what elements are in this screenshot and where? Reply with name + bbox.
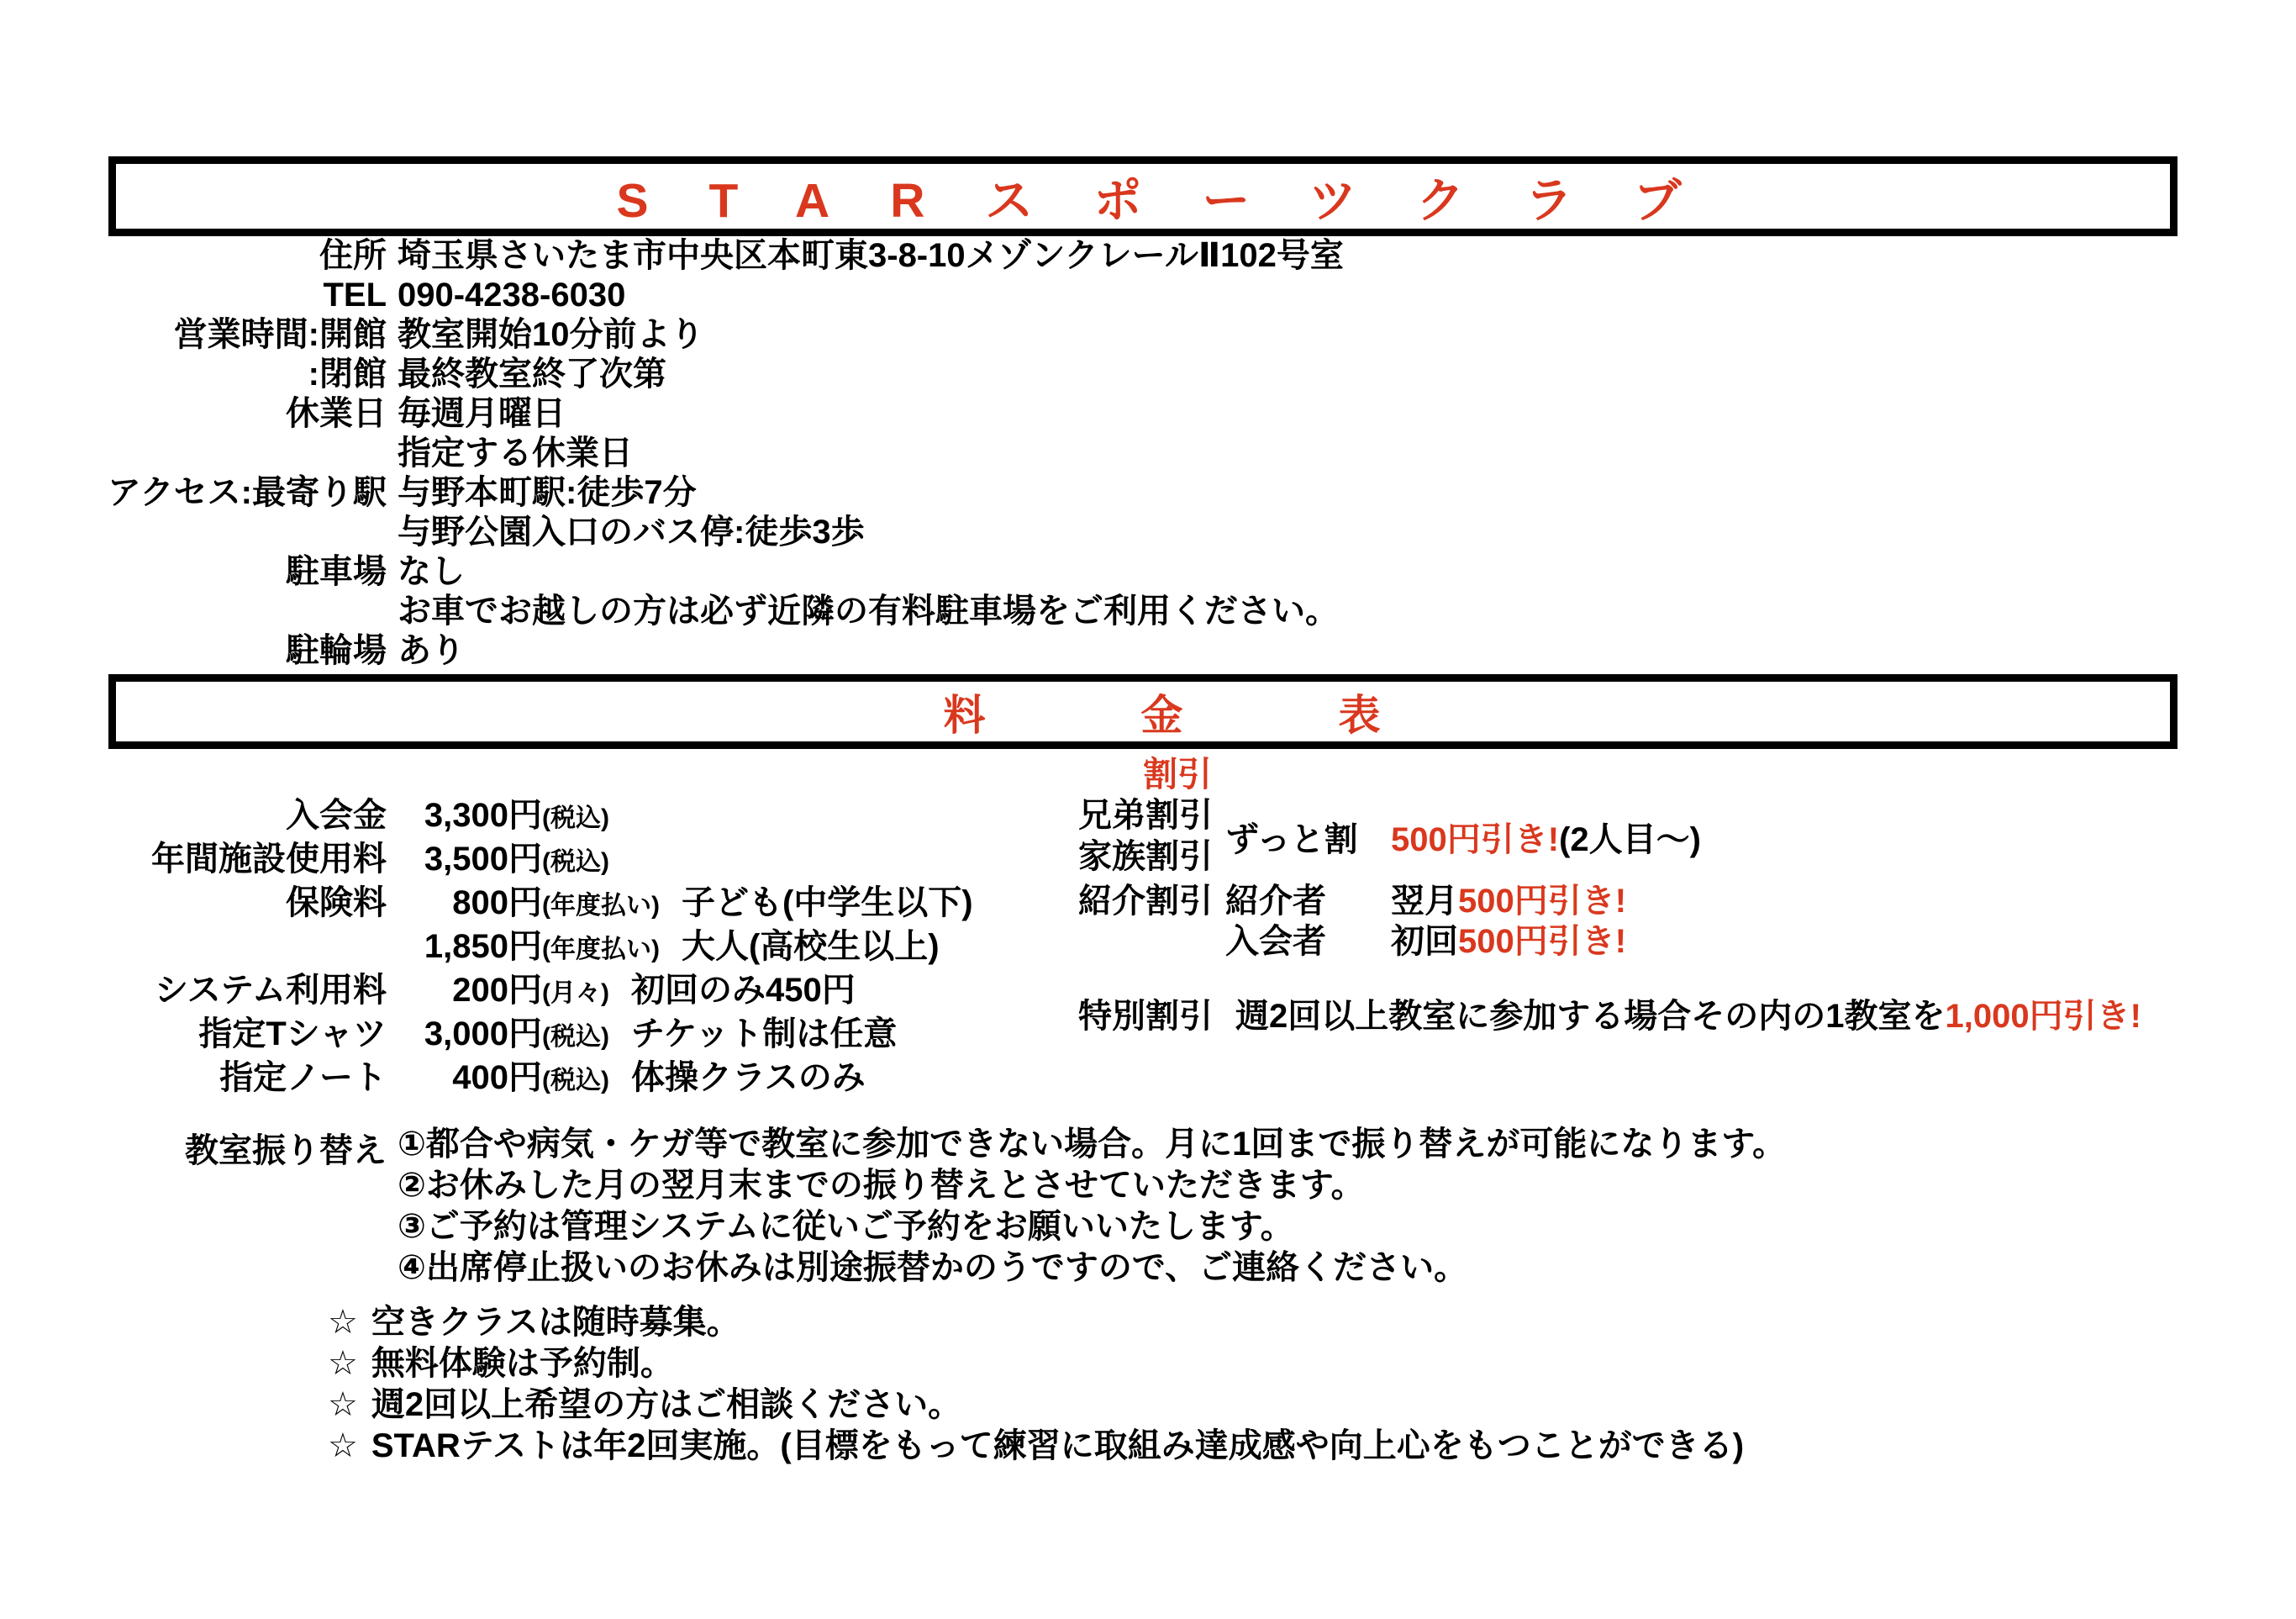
- family-discount-label: 家族割引: [1078, 836, 1225, 878]
- sibling-family-labels: 兄弟割引 家族割引: [1078, 795, 1225, 878]
- fee-extra: 体操クラスのみ: [631, 1057, 866, 1099]
- special-discount-label: 特別割引: [1078, 996, 1225, 1037]
- info-value: 指定する休業日: [398, 434, 633, 473]
- info-value: 与野本町駅:徒歩7分: [398, 473, 697, 513]
- reschedule-lines: ①都合や病気・ケガ等で教室に参加できない場合。月に1回まで振り替えが可能になりま…: [398, 1124, 1786, 1289]
- sibling-discount-label: 兄弟割引: [1078, 795, 1225, 836]
- info-value: 教室開始10分前より: [398, 315, 704, 355]
- note-item: ☆週2回以上希望の方はご相談ください。: [328, 1384, 1744, 1426]
- info-row-parking2: お車でお越しの方は必ず近隣の有料駐車場をご利用ください。: [0, 592, 1344, 631]
- fee-price: 400円: [398, 1057, 542, 1099]
- referral-who: 紹介者: [1225, 881, 1391, 921]
- star-icon: ☆: [328, 1345, 358, 1382]
- info-value: あり: [398, 631, 465, 671]
- fee-price: 1,850円: [398, 926, 542, 968]
- reschedule-line-1: ①都合や病気・ケガ等で教室に参加できない場合。月に1回まで振り替えが可能になりま…: [398, 1124, 1786, 1165]
- info-label: :閉館: [0, 355, 387, 394]
- info-row-access2: 与野公園入口のバス停:徒歩3歩: [0, 513, 1344, 552]
- info-row-address: 住所埼玉県さいたま市中央区本町東3-8-10メゾンクレールⅡ102号室: [0, 236, 1344, 276]
- fee-label: 年間施設使用料: [0, 839, 387, 880]
- reschedule-line-2: ②お休みした月の翌月末までの振り替えとさせていただきます。: [398, 1165, 1786, 1206]
- fee-label: 入会金: [0, 795, 387, 836]
- fee-price: 800円: [398, 883, 542, 924]
- fee-label: 指定Tシャツ: [0, 1014, 387, 1055]
- fee-extra: 大人(高校生以上): [682, 926, 940, 968]
- referral-row-newmember: 入会者 初回 500円引き!: [1078, 921, 1626, 962]
- fee-row-facility: 年間施設使用料3,500円(税込): [0, 839, 973, 883]
- price-table-heading: 料金表: [750, 682, 1536, 742]
- note-item: ☆STARテストは年2回実施。(目標をもって練習に取組み達成感や向上心をもつこと…: [328, 1426, 1744, 1467]
- info-row-parking: 駐車場なし: [0, 552, 1344, 592]
- info-row-close: :閉館最終教室終了次第: [0, 355, 1344, 394]
- info-label: 駐輪場: [0, 631, 387, 671]
- note-text: 週2回以上希望の方はご相談ください。: [371, 1386, 961, 1423]
- referral-row-referrer: 紹介割引 紹介者 翌月 500円引き!: [1078, 881, 1626, 921]
- fee-extra: 初回のみ450円: [631, 970, 856, 1011]
- special-discount-text: 週2回以上教室に参加する場合その内の1教室を: [1235, 996, 1946, 1037]
- star-icon: ☆: [328, 1386, 358, 1423]
- reschedule-line-4: ④出席停止扱いのお休みは別途振替かのうですので、ご連絡ください。: [398, 1247, 1786, 1289]
- note-item: ☆無料体験は予約制。: [328, 1343, 1744, 1384]
- referral-who: 入会者: [1225, 921, 1391, 962]
- note-text: 無料体験は予約制。: [371, 1345, 674, 1382]
- info-value: 090-4238-6030: [398, 276, 625, 315]
- fee-label: 指定ノート: [0, 1057, 387, 1099]
- fee-row-system: システム利用料200円(月々)初回のみ450円: [0, 970, 973, 1014]
- fee-note: (年度払い): [542, 885, 660, 926]
- fee-row-insurance-adult: 1,850円(年度払い)大人(高校生以上): [0, 926, 973, 970]
- info-label: 営業時間:開館: [0, 315, 387, 355]
- info-value: 最終教室終了次第: [398, 355, 666, 394]
- info-value: 毎週月曜日: [398, 394, 566, 434]
- info-row-open: 営業時間:開館教室開始10分前より: [0, 315, 1344, 355]
- info-value: 与野公園入口のバス停:徒歩3歩: [398, 513, 865, 552]
- referral-when: 初回: [1391, 921, 1458, 962]
- fee-price: 3,000円: [398, 1014, 542, 1055]
- notes-section: ☆空きクラスは随時募集。 ☆無料体験は予約制。 ☆週2回以上希望の方はご相談くだ…: [328, 1302, 1744, 1467]
- club-title-banner: STARスポーツクラブ: [108, 156, 2178, 236]
- referral-highlight: 500円引き!: [1458, 921, 1626, 962]
- fee-price: 200円: [398, 970, 542, 1011]
- info-row-holiday: 休業日毎週月曜日: [0, 394, 1344, 434]
- referral-discount: 紹介割引 紹介者 翌月 500円引き! 入会者 初回 500円引き!: [1078, 881, 1626, 962]
- info-row-bicycle: 駐輪場あり: [0, 631, 1344, 671]
- info-row-holiday2: 指定する休業日: [0, 434, 1344, 473]
- discount-heading: 割引: [1143, 755, 1212, 794]
- reschedule-line-3: ③ご予約は管理システムに従いご予約をお願いいたします。: [398, 1206, 1786, 1247]
- fee-row-entry: 入会金3,300円(税込): [0, 795, 973, 839]
- reschedule-label: 教室振り替え: [0, 1124, 387, 1289]
- club-title: STARスポーツクラブ: [544, 162, 1741, 231]
- discount-plan-name: ずっと割: [1225, 813, 1391, 861]
- fee-note: (月々): [542, 973, 609, 1014]
- fee-note: (税込): [542, 1060, 609, 1101]
- discount-highlight: 500円引き!: [1391, 813, 1559, 861]
- reschedule-section: 教室振り替え ①都合や病気・ケガ等で教室に参加できない場合。月に1回まで振り替え…: [0, 1124, 1786, 1289]
- fee-price: 3,500円: [398, 839, 542, 880]
- fee-row-notebook: 指定ノート400円(税込)体操クラスのみ: [0, 1057, 973, 1101]
- info-value: お車でお越しの方は必ず近隣の有料駐車場をご利用ください。: [398, 592, 1339, 631]
- note-item: ☆空きクラスは随時募集。: [328, 1302, 1744, 1343]
- fee-row-tshirt: 指定Tシャツ3,000円(税込)チケット制は任意: [0, 1014, 973, 1057]
- info-value: 埼玉県さいたま市中央区本町東3-8-10メゾンクレールⅡ102号室: [398, 236, 1344, 276]
- note-text: 空きクラスは随時募集。: [371, 1304, 740, 1341]
- info-label: 住所: [0, 236, 387, 276]
- info-row-tel: TEL090-4238-6030: [0, 276, 1344, 315]
- referral-highlight: 500円引き!: [1458, 881, 1626, 921]
- fees-section: 入会金3,300円(税込) 年間施設使用料3,500円(税込) 保険料800円(…: [0, 795, 973, 1101]
- fee-note: (年度払い): [542, 929, 660, 970]
- note-text: STARテストは年2回実施。(目標をもって練習に取組み達成感や向上心をもつことが…: [371, 1427, 1744, 1464]
- info-label: 駐車場: [0, 552, 387, 592]
- star-icon: ☆: [328, 1427, 358, 1464]
- fee-note: (税込): [542, 798, 609, 839]
- info-label: アクセス:最寄り駅: [0, 473, 387, 513]
- referral-discount-label: 紹介割引: [1078, 881, 1225, 921]
- fee-label: 保険料: [0, 883, 387, 924]
- info-row-access: アクセス:最寄り駅与野本町駅:徒歩7分: [0, 473, 1344, 513]
- fee-label: システム利用料: [0, 970, 387, 1011]
- fee-note: (税込): [542, 841, 609, 883]
- referral-when: 翌月: [1391, 881, 1458, 921]
- fee-note: (税込): [542, 1016, 609, 1057]
- fee-extra: 子ども(中学生以下): [682, 883, 973, 924]
- info-label: 休業日: [0, 394, 387, 434]
- fee-extra: チケット制は任意: [631, 1014, 897, 1055]
- price-table-banner: 料金表: [108, 674, 2178, 749]
- info-label: TEL: [0, 276, 387, 315]
- fee-price: 3,300円: [398, 795, 542, 836]
- club-info-section: 住所埼玉県さいたま市中央区本町東3-8-10メゾンクレールⅡ102号室 TEL0…: [0, 236, 1344, 671]
- discount-suffix: (2人目〜): [1559, 813, 1701, 861]
- special-discount: 特別割引 週2回以上教室に参加する場合その内の1教室を 1,000円引き!: [1078, 996, 2141, 1037]
- sibling-family-discount: 兄弟割引 家族割引 ずっと割 500円引き! (2人目〜): [1078, 795, 1701, 878]
- fee-row-insurance-child: 保険料800円(年度払い)子ども(中学生以下): [0, 883, 973, 926]
- info-value: なし: [398, 552, 465, 592]
- star-icon: ☆: [328, 1304, 358, 1341]
- special-discount-highlight: 1,000円引き!: [1946, 996, 2141, 1037]
